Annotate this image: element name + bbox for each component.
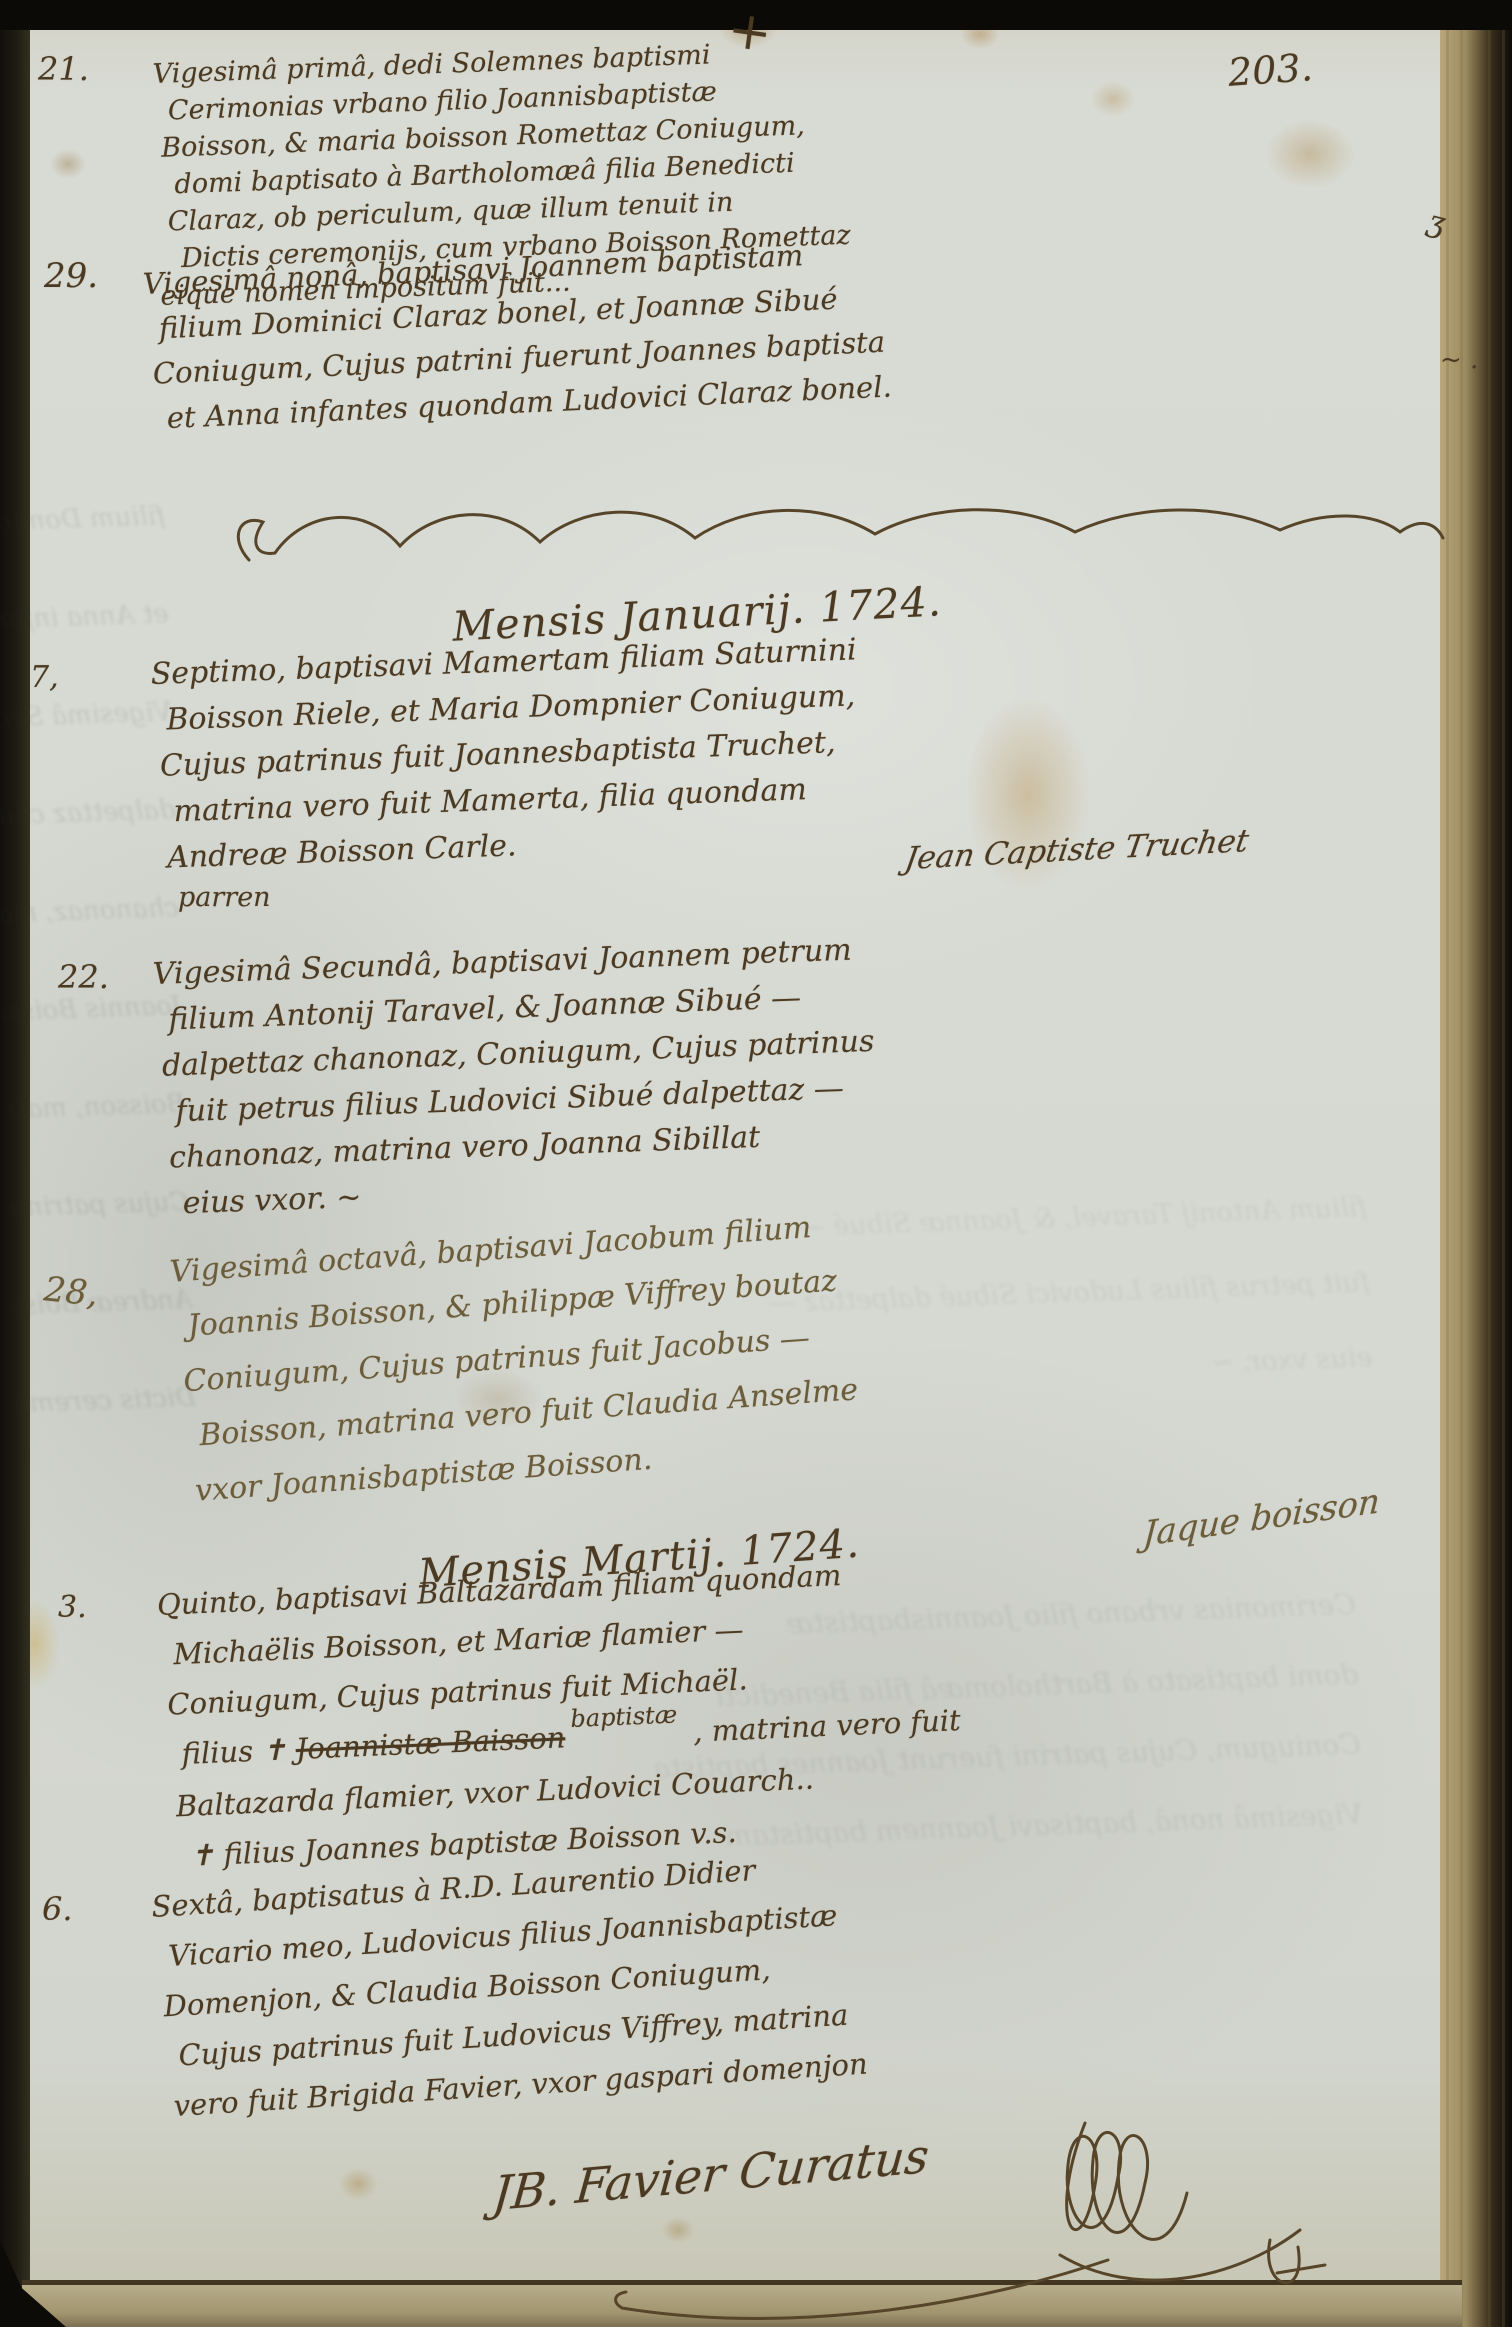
entry-7-text: Septimo, baptisavi Mamertam filiam Satur… (150, 627, 864, 882)
entry-29-text: Vigesimâ nonâ, baptisavi Joannem baptist… (142, 230, 893, 442)
entry-6-text: Sextâ, baptisatus à R.D. Laurentio Didie… (150, 1839, 869, 2132)
margin-ink-mark: ~ . (1440, 345, 1478, 375)
page-number: 203. (1227, 45, 1314, 95)
paraph-tail (1060, 2230, 1325, 2283)
paraph-loops (1067, 2123, 1187, 2239)
correction-prefix: filius ✝ (181, 1732, 287, 1771)
entry-3-text: Quinto, baptisavi Baltazardam filiam quo… (156, 1545, 966, 1882)
godfather-signature-role: parren (178, 882, 271, 913)
entry-22-text: Vigesimâ Secundâ, baptisavi Joannem petr… (152, 927, 880, 1228)
struck-text: Joannistæ Baisson (295, 1720, 566, 1766)
flourish-stroke (238, 510, 1443, 560)
correction-suffix: , matrina vero fuit (692, 1703, 961, 1749)
entry-number-29: 29. (44, 256, 98, 296)
manuscript-photo: filium Dominici Claraz bonel, et Joannæ … (0, 0, 1512, 2327)
entry-number-3: 3. (58, 1590, 87, 1625)
entry-number-22: 22. (58, 958, 109, 996)
inserted-correction: baptistæ (569, 1689, 678, 1744)
entry-number-28: 28, (42, 1269, 100, 1314)
flourish-garland (235, 498, 1455, 578)
signature-paraph (1015, 2105, 1355, 2315)
entry-number-7: 7, (30, 660, 59, 695)
entry-number-6: 6. (42, 1890, 73, 1928)
entry-28-text: Vigesimâ octavâ, baptisavi Jacobum filiu… (168, 1198, 864, 1520)
entry-number-21: 21. (38, 50, 89, 88)
